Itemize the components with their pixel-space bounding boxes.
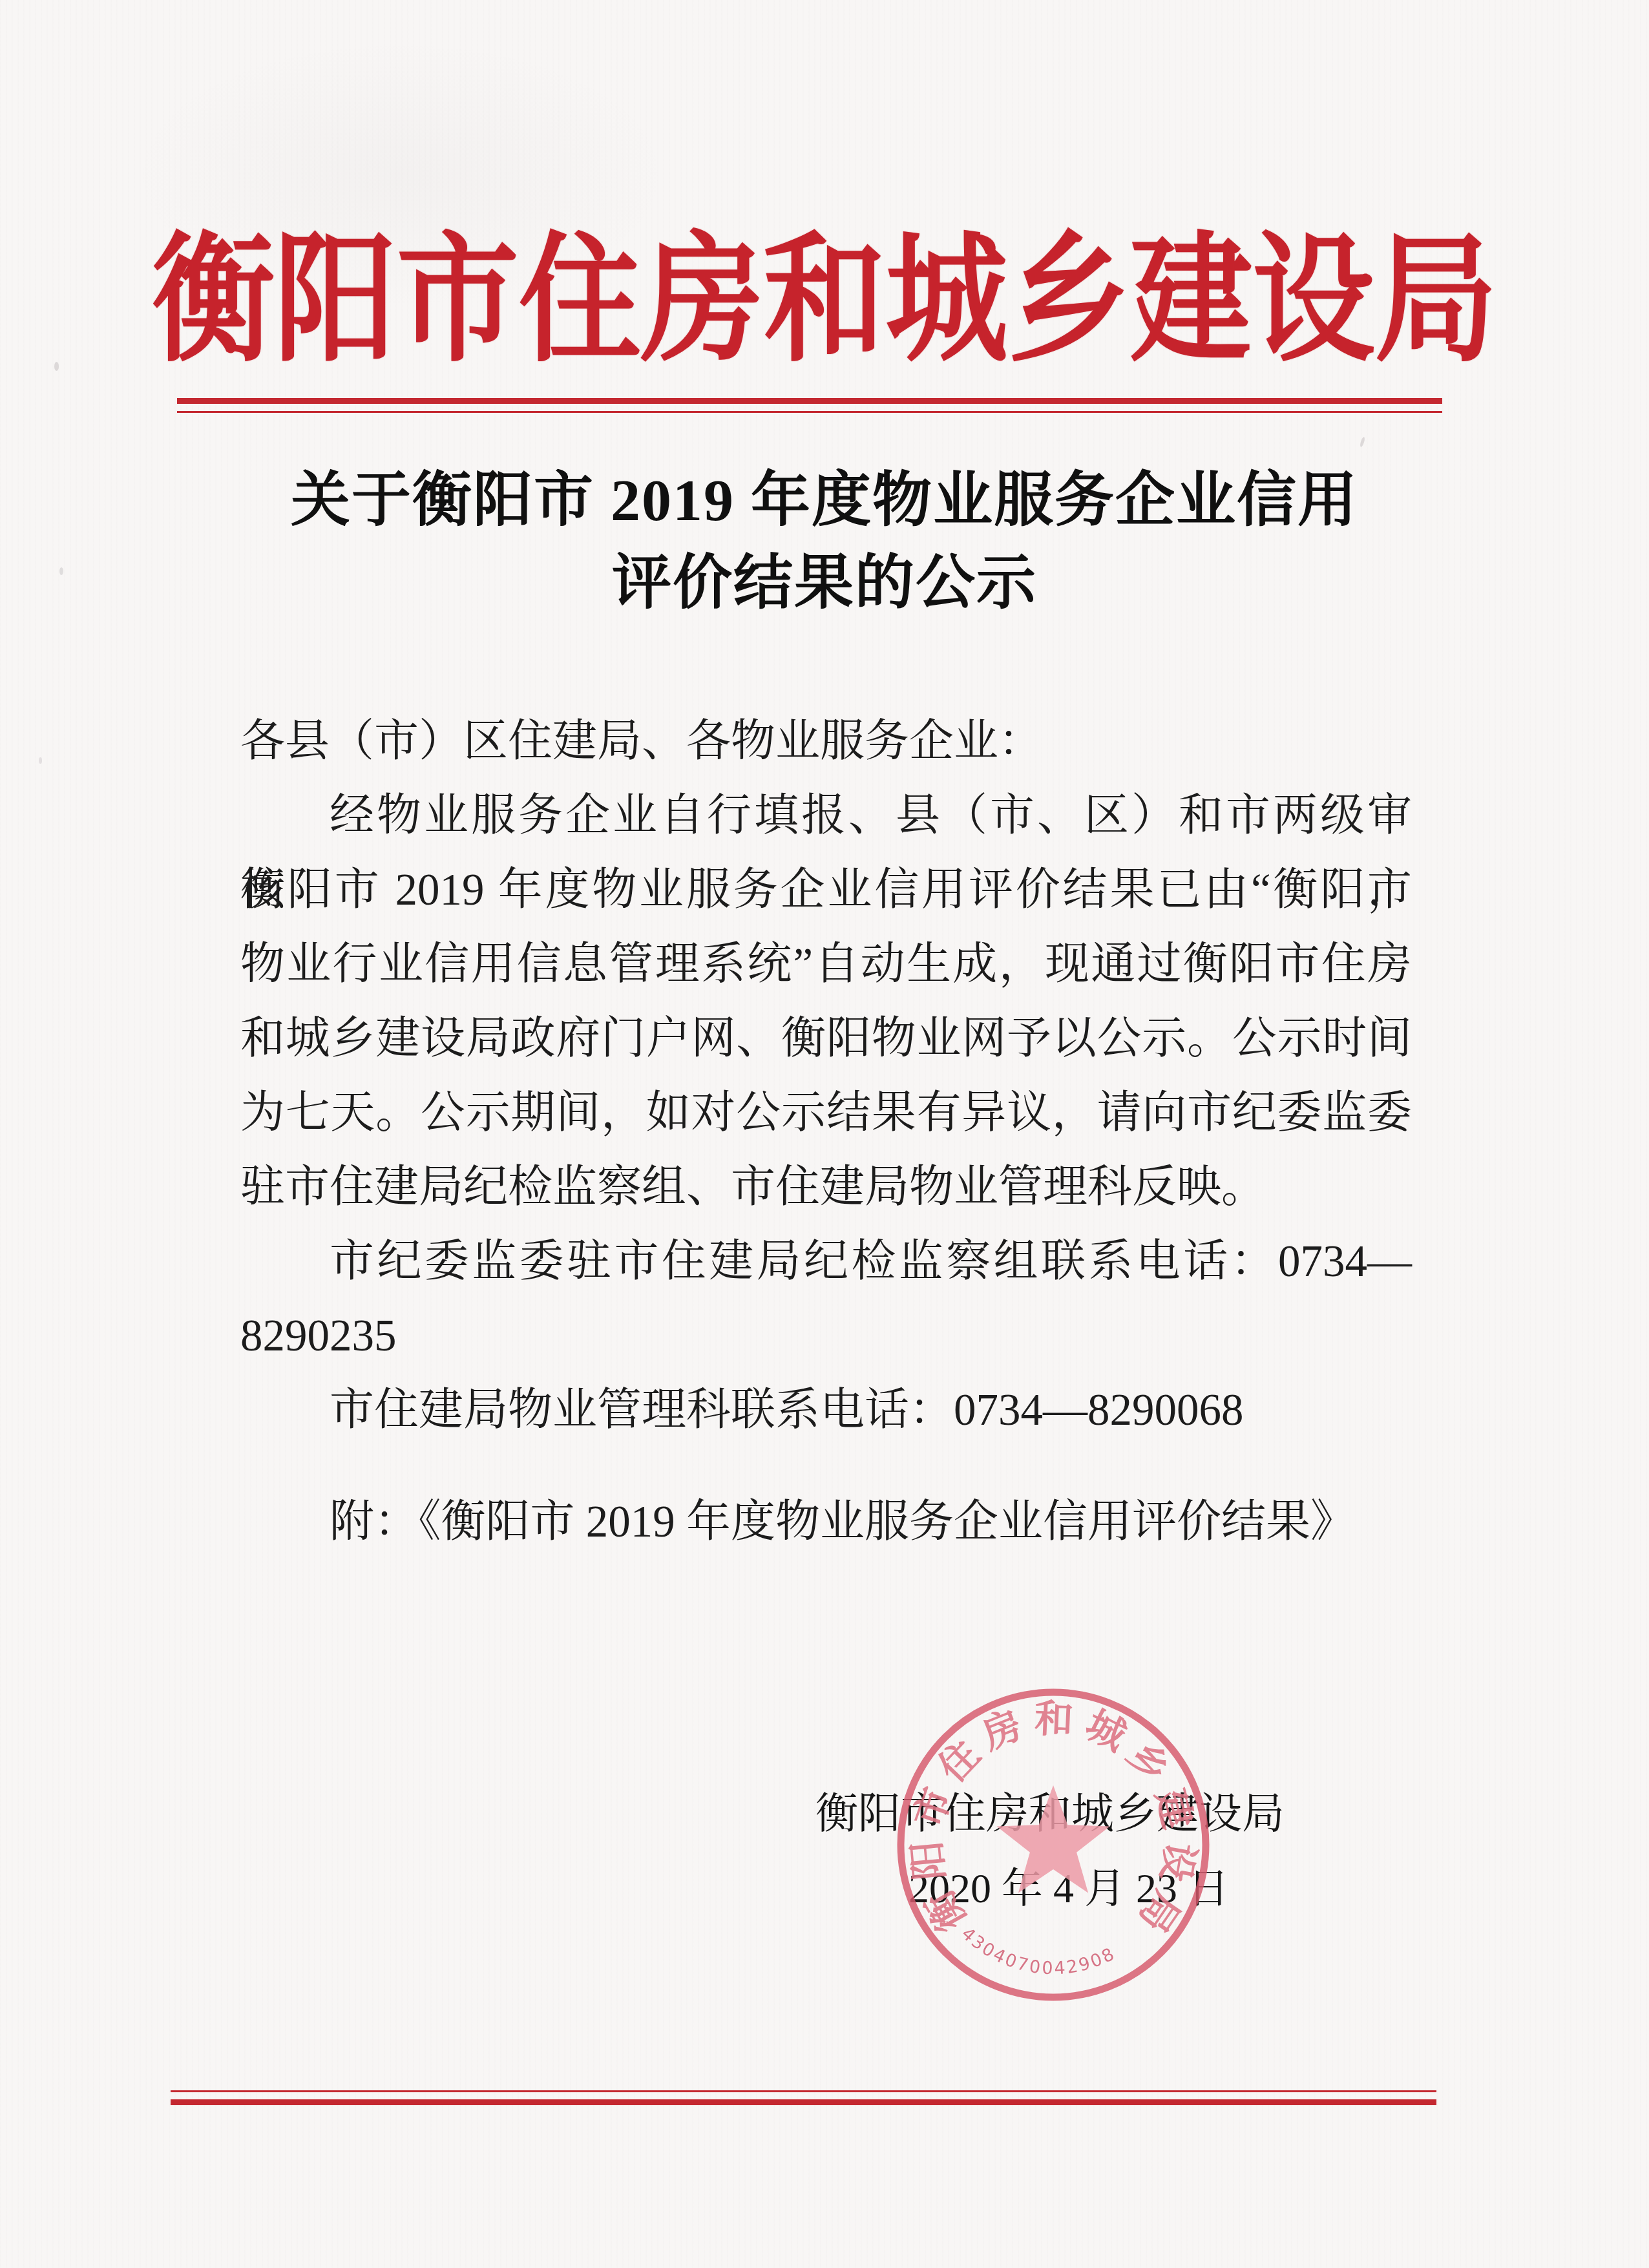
scan-speck [1360, 437, 1366, 448]
seal-serial-number: 4304070042908 [958, 1924, 1119, 1979]
scan-speck [59, 567, 63, 575]
header-rule-thin [177, 411, 1442, 413]
agency-header-title: 衡阳市住房和城乡建设局 [99, 218, 1550, 383]
body-text: 各县（市）区住建局、各物业服务企业： 经物业服务企业自行填报、县（市、区）和市两… [240, 704, 1412, 1559]
scanned-document-page: 衡阳市住房和城乡建设局 关于衡阳市 2019 年度物业服务企业信用 评价结果的公… [0, 0, 1649, 2268]
body-line-attachment: 附：《衡阳市 2019 年度物业服务企业信用评价结果》 [240, 1485, 1412, 1559]
seal-star-icon [997, 1785, 1110, 1893]
body-line: 经物业服务企业自行填报、县（市、区）和市两级审核， [240, 779, 1412, 853]
body-line: 和城乡建设局政府门户网、衡阳物业网予以公示。公示时间 [240, 1002, 1412, 1076]
document-title: 关于衡阳市 2019 年度物业服务企业信用 评价结果的公示 [0, 459, 1649, 624]
body-line-phone-1: 市纪委监委驻市住建局纪检监察组联系电话：0734— [240, 1224, 1412, 1299]
svg-text:4304070042908: 4304070042908 [958, 1924, 1119, 1979]
body-line: 为七天。公示期间，如对公示结果有异议，请向市纪委监委 [240, 1076, 1412, 1150]
body-line: 驻市住建局纪检监察组、市住建局物业管理科反映。 [240, 1150, 1412, 1224]
body-line-phone-1-continued: 8290235 [240, 1299, 1412, 1373]
official-seal: 衡阳市住房和城乡建设局 4304070042908 [892, 1683, 1215, 2006]
footer-rule-thin [171, 2090, 1436, 2092]
document-title-line1: 关于衡阳市 2019 年度物业服务企业信用 [0, 459, 1649, 541]
document-title-line2: 评价结果的公示 [0, 541, 1649, 624]
scan-speck [39, 757, 42, 764]
body-line: 衡阳市 2019 年度物业服务企业信用评价结果已由“衡阳市 [240, 853, 1412, 927]
scan-speck [54, 362, 59, 371]
header-rule-thick [177, 398, 1442, 404]
footer-rule-thick [171, 2099, 1436, 2105]
body-line-salutation: 各县（市）区住建局、各物业服务企业： [240, 704, 1412, 779]
body-line: 物业行业信用信息管理系统”自动生成，现通过衡阳市住房 [240, 927, 1412, 1002]
body-line-phone-2: 市住建局物业管理科联系电话：0734—8290068 [240, 1373, 1412, 1447]
